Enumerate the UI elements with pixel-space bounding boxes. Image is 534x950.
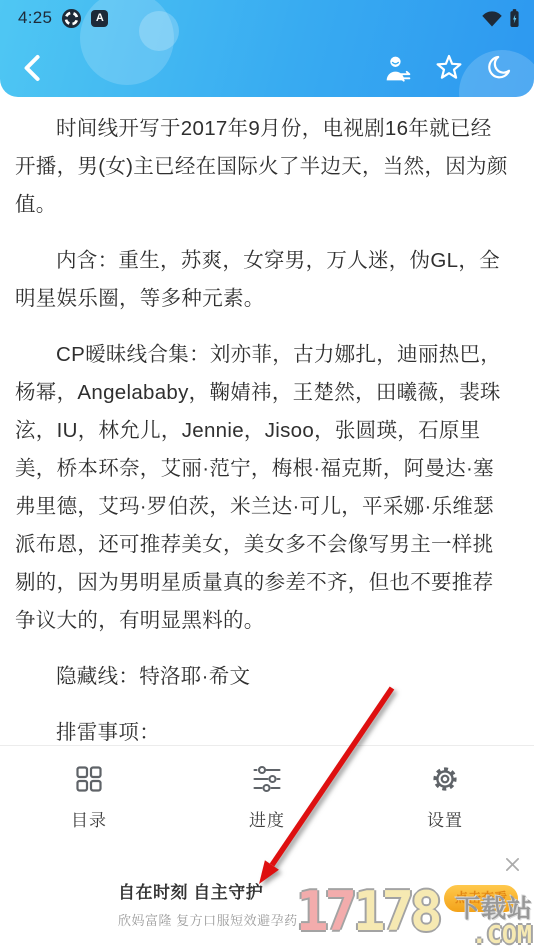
- paragraph: CP暧昧线合集：刘亦菲，古力娜扎，迪丽热巴，杨幂，Angelababy，鞠婧祎，…: [15, 336, 510, 640]
- ad-subtitle: 欣妈富隆 复方口服短效避孕药: [118, 910, 298, 929]
- back-button[interactable]: [16, 51, 50, 85]
- wifi-icon: [481, 9, 503, 27]
- letter-a-badge: A: [91, 10, 108, 27]
- paragraph: 内含：重生，苏爽，女穿男，万人迷，伪GL，全明星娱乐圈，等多种元素。: [15, 242, 510, 318]
- paragraph: 时间线开写于2017年9月份，电视剧16年就已经开播，男(女)主已经在国际火了半…: [15, 110, 510, 224]
- battery-charging-icon: [509, 8, 520, 28]
- reader-text-area[interactable]: 时间线开写于2017年9月份，电视剧16年就已经开播，男(女)主已经在国际火了半…: [0, 97, 534, 745]
- person-swap-icon: [382, 53, 413, 84]
- sync-icon: [61, 8, 82, 29]
- menu-label: 进度: [249, 806, 285, 831]
- close-icon: [505, 857, 520, 872]
- favorite-button[interactable]: [432, 51, 466, 85]
- moon-icon: [486, 53, 516, 83]
- ad-text-block: 自在时刻 自主守护 欣妈富隆 复方口服短效避孕药: [118, 878, 298, 929]
- badge-letter: A: [96, 12, 104, 24]
- app-header: 4:25 A: [0, 0, 534, 97]
- header-toolbar: [0, 44, 534, 92]
- night-mode-button[interactable]: [484, 51, 518, 85]
- paragraph: 隐藏线：特洛耶·希文: [15, 658, 510, 696]
- clock: 4:25: [18, 8, 52, 28]
- menu-label: 设置: [427, 806, 463, 831]
- menu-item-progress[interactable]: 进度: [178, 746, 356, 845]
- status-bar: 4:25 A: [0, 0, 534, 32]
- listen-switch-button[interactable]: [380, 51, 414, 85]
- star-icon: [434, 53, 464, 83]
- paragraph: 排雷事项：: [15, 714, 510, 745]
- back-chevron-icon: [22, 53, 44, 83]
- menu-label: 目录: [71, 806, 107, 831]
- ad-close-button[interactable]: [503, 855, 522, 874]
- reader-menu-bar: 目录 进度: [0, 745, 534, 845]
- menu-item-settings[interactable]: 设置: [356, 746, 534, 845]
- ad-banner[interactable]: 自在时刻 自主守护 欣妈富隆 复方口服短效避孕药: [0, 845, 534, 950]
- ad-title: 自在时刻 自主守护: [118, 878, 298, 903]
- menu-item-catalog[interactable]: 目录: [0, 746, 178, 845]
- reader-app-screen: 4:25 A: [0, 0, 534, 950]
- gear-icon: [431, 765, 459, 793]
- grid-icon: [75, 765, 103, 793]
- sliders-icon: [253, 765, 281, 793]
